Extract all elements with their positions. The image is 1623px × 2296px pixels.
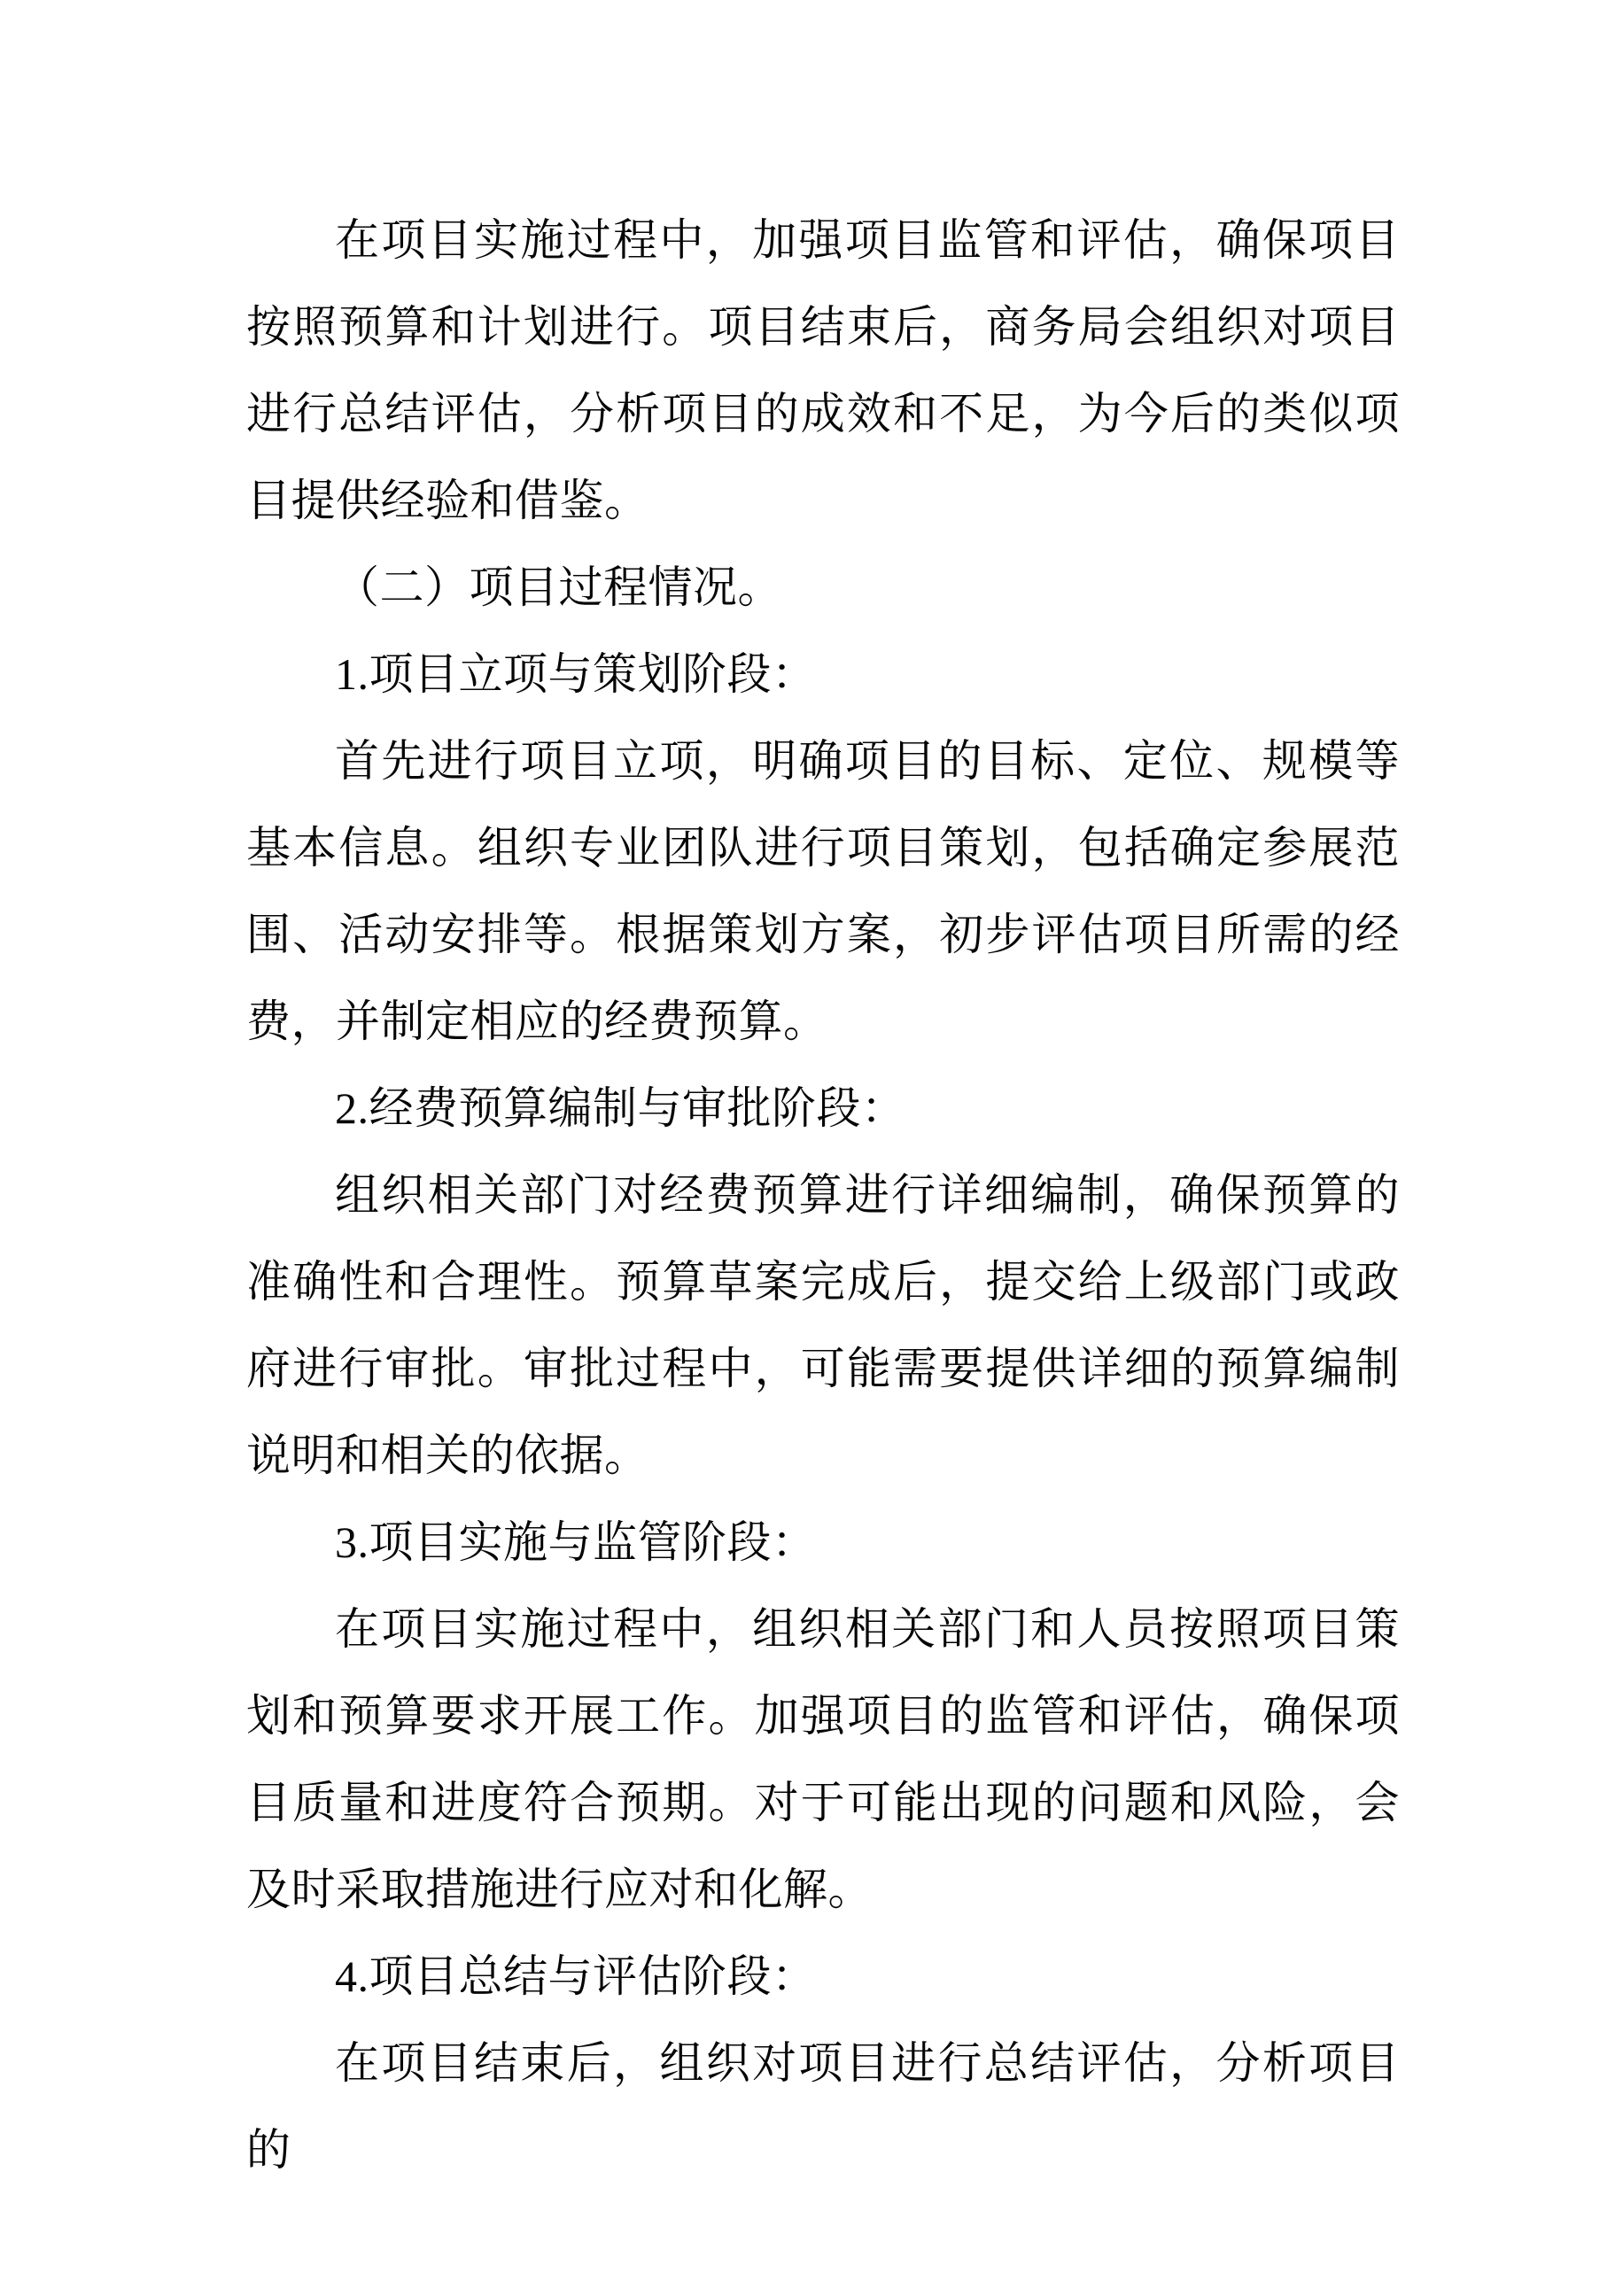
paragraph-stage-2-body: 组织相关部门对经费预算进行详细编制，确保预算的准确性和合理性。预算草案完成后，提…	[246, 1152, 1400, 1499]
paragraph-stage-1-heading: 1.项目立项与策划阶段：	[246, 631, 1400, 717]
paragraph-stage-4-body: 在项目结束后，组织对项目进行总结评估，分析项目的	[246, 2020, 1400, 2193]
paragraph-stage-1-body: 首先进行项目立项，明确项目的目标、定位、规模等基本信息。组织专业团队进行项目策划…	[246, 717, 1400, 1065]
paragraph-section-heading: （二）项目过程情况。	[246, 544, 1400, 631]
paragraph-stage-4-heading: 4.项目总结与评估阶段：	[246, 1933, 1400, 2020]
paragraph-stage-3-body: 在项目实施过程中，组织相关部门和人员按照项目策划和预算要求开展工作。加强项目的监…	[246, 1586, 1400, 1933]
paragraph-stage-3-heading: 3.项目实施与监管阶段：	[246, 1499, 1400, 1586]
paragraph-body: 在项目实施过程中，加强项目监管和评估，确保项目按照预算和计划进行。项目结束后，商…	[246, 197, 1400, 544]
document-page: 在项目实施过程中，加强项目监管和评估，确保项目按照预算和计划进行。项目结束后，商…	[0, 0, 1623, 2296]
paragraph-stage-2-heading: 2.经费预算编制与审批阶段：	[246, 1065, 1400, 1152]
